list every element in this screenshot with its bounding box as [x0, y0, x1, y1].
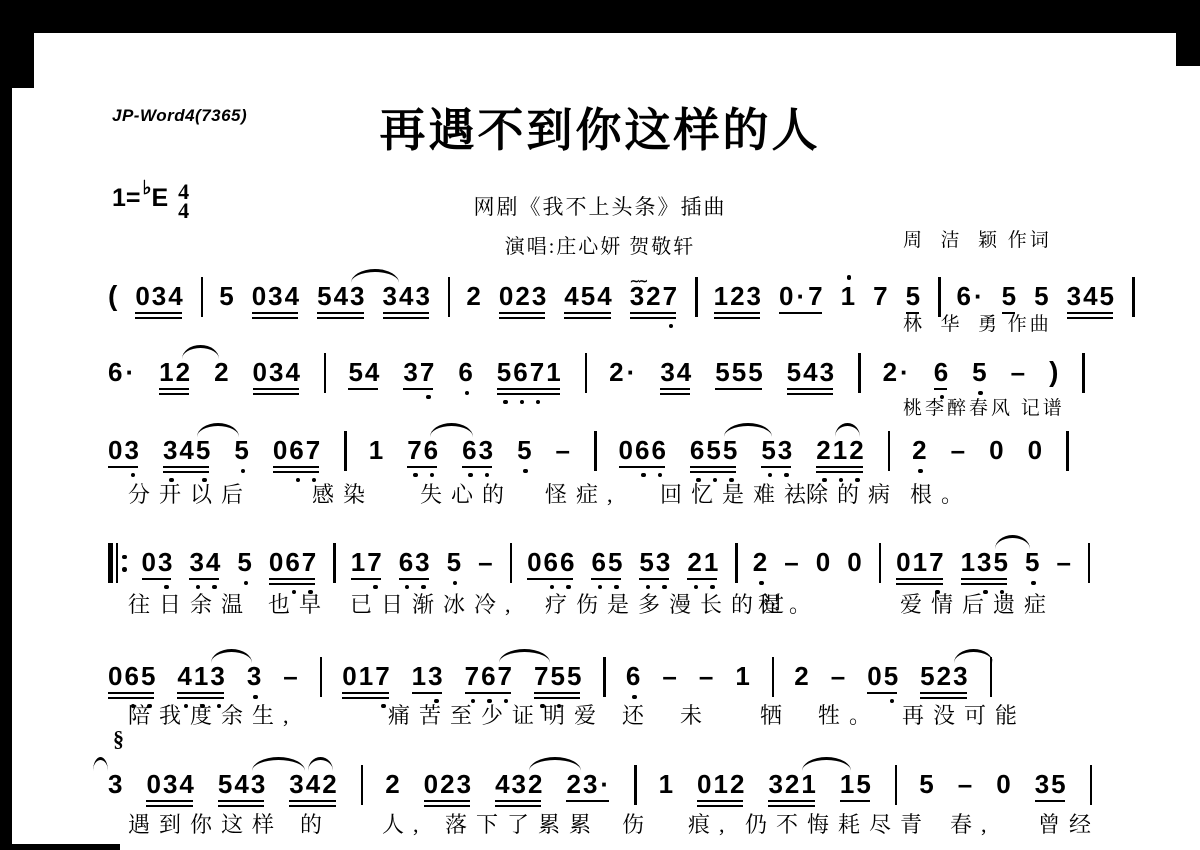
- note-group: –: [951, 436, 967, 464]
- note-group: 5: [1025, 548, 1041, 576]
- note-group: –: [1011, 358, 1027, 386]
- note-group: 034: [135, 282, 184, 310]
- barline: [1082, 353, 1085, 393]
- note-group: 34: [189, 548, 222, 576]
- note-group: 2·: [609, 358, 638, 386]
- barline: [333, 543, 336, 583]
- lyric-segment: 曾经: [1038, 808, 1100, 839]
- tie-arc: [211, 649, 252, 663]
- note-group: 17: [351, 548, 384, 576]
- note-group: 63: [399, 548, 432, 576]
- barline: [603, 657, 606, 697]
- note-group: –: [662, 662, 678, 690]
- barline: [201, 277, 204, 317]
- note-group: 543: [317, 282, 366, 310]
- note-group: –: [699, 662, 715, 690]
- note-group: 543: [787, 358, 836, 386]
- tie-in-arc: [93, 757, 108, 771]
- note-group: 321: [768, 770, 817, 798]
- barline: [1090, 765, 1093, 805]
- note-group: 5: [219, 282, 235, 310]
- lyric-segment: 回忆是难祛: [660, 478, 815, 509]
- note-group: 345: [1067, 282, 1116, 310]
- tie-arc: [995, 535, 1030, 549]
- note-group: –: [958, 770, 974, 798]
- note-group: 5: [517, 436, 533, 464]
- score-area: (034503454334320234543∼∼271230·71756·553…: [0, 0, 1200, 850]
- lyrics-line-3: 陪我度余生,痛苦至少证明爱还未牺牲。再没可能: [0, 699, 1200, 729]
- note-group: 03: [108, 436, 141, 464]
- note-group: 343: [383, 282, 432, 310]
- note-group: –: [1056, 548, 1072, 576]
- note-group: 066: [619, 436, 668, 464]
- music-line-2: 6·1220345437656712·345555432·65–): [108, 358, 1085, 388]
- note-group: 1: [659, 770, 675, 798]
- barline: [695, 277, 698, 317]
- note-group: 5: [237, 548, 253, 576]
- note-group: 5: [906, 282, 922, 310]
- note-group: 5: [234, 436, 250, 464]
- note-group: –: [478, 548, 494, 576]
- mordent-icon: ∼∼: [630, 267, 646, 295]
- note-group: –: [831, 662, 847, 690]
- barline: [888, 431, 891, 471]
- barline: [320, 657, 323, 697]
- note-group: 34: [660, 358, 693, 386]
- note-group: 15: [840, 770, 873, 798]
- barline: [510, 543, 513, 583]
- barline: [1132, 277, 1135, 317]
- note-group: 065: [108, 662, 157, 690]
- note-group: 2·: [883, 358, 912, 386]
- lyrics-line-4: 遇到你这样的人,落下了累累伤痕,仍不悔耗尽青春,曾经: [0, 808, 1200, 838]
- note-group: 6: [626, 662, 642, 690]
- note-group: 0: [989, 436, 1005, 464]
- note-group: 345: [163, 436, 212, 464]
- tie-arc: [499, 649, 550, 663]
- note-group: 017: [896, 548, 945, 576]
- lyric-segment: 遇到你这样: [128, 808, 283, 839]
- note-group: 5: [972, 358, 988, 386]
- note-group: 067: [273, 436, 322, 464]
- lyric-segment: 已日渐冰冷,: [350, 588, 520, 619]
- barline: [895, 765, 898, 805]
- barline: [990, 657, 993, 697]
- music-line-6: 3034543342202343223·1012321155–035: [108, 770, 1092, 800]
- note-group: 21: [687, 548, 720, 576]
- note-group: 034: [253, 358, 302, 386]
- lyrics-line-1: 分开以后感染失心的怪症,回忆是难祛除的病根。: [0, 478, 1200, 508]
- music-line-4: 0334506717635–0666553212–000171355–: [108, 548, 1090, 578]
- barline: [594, 431, 597, 471]
- note-group: 212: [816, 436, 865, 464]
- note-group: 6·: [108, 358, 137, 386]
- note-group: 135: [961, 548, 1010, 576]
- note-group: 65: [591, 548, 624, 576]
- note-group: 3: [247, 662, 263, 690]
- lyric-segment: 还: [622, 699, 653, 730]
- note-group: 5: [1034, 282, 1050, 310]
- note-group: 755: [534, 662, 583, 690]
- note-group: 023: [499, 282, 548, 310]
- lyric-segment: 程。: [758, 588, 820, 619]
- note-group: 53: [639, 548, 672, 576]
- lyric-segment: 根。: [910, 478, 972, 509]
- tie-arc: [430, 423, 473, 437]
- note-group: 3: [108, 770, 124, 798]
- note-group: 54: [348, 358, 381, 386]
- barline: [1066, 431, 1069, 471]
- note-group: 12: [159, 358, 192, 386]
- note-group: 5: [919, 770, 935, 798]
- note-group: 0: [847, 548, 863, 576]
- note-group: 543: [218, 770, 267, 798]
- note-group: 2: [912, 436, 928, 464]
- lyric-segment: 再没可能: [902, 699, 1026, 730]
- note-group: 2: [794, 662, 810, 690]
- note-group: 35: [1035, 770, 1068, 798]
- note-group: 0: [816, 548, 832, 576]
- note-group: 555: [715, 358, 764, 386]
- barline: [772, 657, 775, 697]
- note-group: –: [784, 548, 800, 576]
- note-group: –: [283, 662, 299, 690]
- note-group: 2: [466, 282, 482, 310]
- tie-arc: [954, 649, 993, 663]
- lyric-segment: 牺: [760, 699, 791, 730]
- lyric-segment: 牲。: [818, 699, 880, 730]
- barline: [938, 277, 941, 317]
- parenthesis: (: [108, 282, 119, 310]
- note-group: 23·: [566, 770, 612, 798]
- note-group: 5: [447, 548, 463, 576]
- lyric-segment: 痕,: [688, 808, 734, 839]
- note-group: 0: [1028, 436, 1044, 464]
- lyric-segment: 分开以后: [128, 478, 252, 509]
- note-group: 1: [369, 436, 385, 464]
- music-line-1: (034503454334320234543∼∼271230·71756·553…: [108, 282, 1135, 312]
- tie-arc: [351, 269, 399, 283]
- repeat-sign: [108, 543, 127, 583]
- barline: [1088, 543, 1091, 583]
- tie-arc: [182, 345, 219, 359]
- note-group: 655: [690, 436, 739, 464]
- lyric-segment: 疗伤是多漫长的过: [545, 588, 793, 619]
- lyric-segment: 往日余温: [128, 588, 252, 619]
- barline: [634, 765, 637, 805]
- note-group: 6: [934, 358, 950, 386]
- note-group: 6: [458, 358, 474, 386]
- lyric-segment: 的: [300, 808, 331, 839]
- music-line-3: 033455067176635–066655532122–00: [108, 436, 1069, 466]
- note-group: 2: [753, 548, 769, 576]
- note-group: 523: [920, 662, 969, 690]
- note-group: 066: [527, 548, 576, 576]
- note-group: 017: [342, 662, 391, 690]
- note-group: 413: [177, 662, 226, 690]
- lyric-segment: 怪症,: [545, 478, 622, 509]
- note-group: 13: [412, 662, 445, 690]
- lyric-segment: 人,: [382, 808, 428, 839]
- note-group: 023: [424, 770, 473, 798]
- barline: [735, 543, 738, 583]
- lyric-segment: 未: [680, 699, 711, 730]
- parenthesis: ): [1049, 358, 1060, 386]
- tie-arc: [197, 423, 239, 437]
- note-group: 37: [403, 358, 436, 386]
- tie-arc: [724, 423, 772, 437]
- note-group: 123: [714, 282, 763, 310]
- note-group: 5: [1002, 282, 1018, 310]
- barline: [858, 353, 861, 393]
- note-group: 7: [873, 282, 889, 310]
- note-group: 05: [867, 662, 900, 690]
- note-group: 1: [841, 282, 857, 310]
- lyric-segment: 仍不悔耗尽: [745, 808, 900, 839]
- lyric-segment: 失心的: [420, 478, 513, 509]
- barline: [448, 277, 451, 317]
- music-line-5: 0654133–017137677556––12–05523: [108, 662, 992, 692]
- note-group: 63: [462, 436, 495, 464]
- barline: [361, 765, 364, 805]
- note-group: 53: [761, 436, 794, 464]
- note-group: 454: [564, 282, 613, 310]
- lyric-segment: 爱情后遗症: [900, 588, 1055, 619]
- lyric-segment: 痛苦至少证明爱: [388, 699, 605, 730]
- note-group: 5671: [497, 358, 563, 386]
- slur-arc: [835, 423, 860, 437]
- note-group: 342: [289, 770, 338, 798]
- note-group: 03: [142, 548, 175, 576]
- note-group: 012: [697, 770, 746, 798]
- lyric-segment: 除的病: [806, 478, 899, 509]
- barline: [879, 543, 882, 583]
- note-group: 034: [252, 282, 301, 310]
- note-group: 0: [996, 770, 1012, 798]
- note-group: 6·: [957, 282, 986, 310]
- tie-arc: [252, 757, 305, 771]
- note-group: 0·7: [779, 282, 825, 310]
- note-group: 767: [465, 662, 514, 690]
- note-group: 2: [214, 358, 230, 386]
- note-group: 1: [735, 662, 751, 690]
- barline: [344, 431, 347, 471]
- tie-arc: [529, 757, 581, 771]
- lyric-segment: 青: [900, 808, 931, 839]
- note-group: 067: [269, 548, 318, 576]
- note-group: 2: [385, 770, 401, 798]
- tie-arc: [802, 757, 851, 771]
- lyric-segment: 伤: [622, 808, 653, 839]
- lyric-segment: 感染: [312, 478, 374, 509]
- note-group: 76: [407, 436, 440, 464]
- barline: [585, 353, 588, 393]
- lyrics-line-2: 往日余温也早已日渐冰冷,疗伤是多漫长的过程。爱情后遗症: [0, 588, 1200, 618]
- lyric-segment: 也早: [268, 588, 330, 619]
- note-group: 034: [146, 770, 195, 798]
- lyric-segment: 春,: [950, 808, 996, 839]
- barline: [324, 353, 327, 393]
- note-group: 3∼∼27: [630, 282, 679, 310]
- slur-arc: [308, 757, 333, 771]
- lyric-segment: 陪我度余生,: [128, 699, 298, 730]
- note-group: 432: [495, 770, 544, 798]
- note-group: –: [556, 436, 572, 464]
- lyric-segment: 落下了累累: [445, 808, 600, 839]
